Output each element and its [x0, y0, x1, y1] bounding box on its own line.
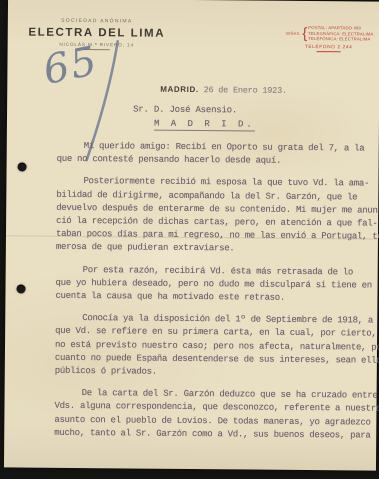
body-line: que no contesté pensando hacerlo desde a… [57, 153, 375, 169]
contact-stamp-underline [317, 51, 341, 52]
contact-stamp-label: SEÑAS: [286, 31, 301, 36]
body-line: cuenta la causa que ha motivado este ret… [55, 290, 373, 306]
letter-body: Mi querido amigo: Recibí en Oporto su gr… [54, 140, 375, 452]
punch-hole-bottom [16, 284, 25, 293]
paragraph-2: Posteriormente recibió mi esposa la que … [56, 175, 375, 257]
body-line: merosa de que pudieran extraviarse. [56, 241, 374, 257]
dateline-city: MADRID. [160, 85, 198, 94]
contact-stamp-lines: POSTAL: APARTADO 499 TELEGRÁFICA: ELECTR… [308, 25, 373, 42]
dateline: MADRID. 26 de Enero 1923. [160, 79, 287, 98]
contact-stamp: SEÑAS: { POSTAL: APARTADO 499 TELEGRÁFIC… [285, 25, 373, 53]
dateline-date: 26 de Enero 1923. [199, 85, 287, 96]
body-line: mucho, tanto al Sr. Garzón como a Vd., s… [54, 427, 372, 443]
scanned-letter-page: { "letterhead": { "society": "SOCIEDAD A… [0, 0, 379, 479]
recipient-city: M A D R I D. [154, 119, 255, 132]
contact-telephone-line: TELEFÓNICA: ELECTRALIMA [308, 36, 373, 42]
paragraph-5: De la carta del Sr. Garzón deduzco que s… [54, 387, 372, 443]
paragraph-3: Por esta razón, recibirá Vd. ésta más re… [55, 263, 373, 305]
handwritten-archive-number: 65 [39, 38, 102, 94]
contact-stamp-row: SEÑAS: { POSTAL: APARTADO 499 TELEGRÁFIC… [285, 25, 373, 43]
letterhead: SOCIEDAD ANÓNIMA ELECTRA DEL LIMA NICOLÁ… [24, 18, 170, 51]
punch-hole-top [18, 162, 27, 171]
brace-glyph: { [302, 26, 307, 41]
letter-paper: SOCIEDAD ANÓNIMA ELECTRA DEL LIMA NICOLÁ… [4, 0, 379, 471]
letterhead-society-line: SOCIEDAD ANÓNIMA [24, 18, 170, 25]
contact-phone-number: TELÉFONO 2.244 [285, 45, 373, 51]
paragraph-1: Mi querido amigo: Recibí en Oporto su gr… [57, 140, 375, 169]
paragraph-4: Conocía ya la disposición del 1º de Sept… [55, 312, 374, 381]
letterhead-company-name: ELECTRA DEL LIMA [24, 27, 170, 40]
body-line: públicos ó privados. [55, 365, 373, 381]
recipient-name: Sr. D. José Asensio. [133, 104, 237, 115]
